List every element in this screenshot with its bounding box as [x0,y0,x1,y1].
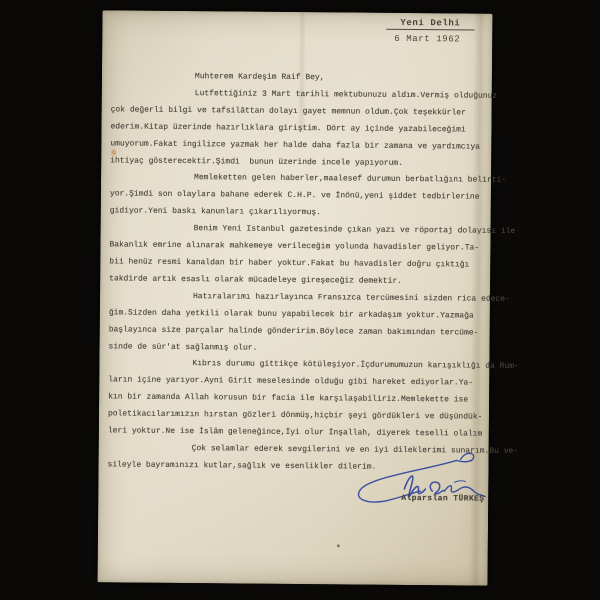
letter-paper: Yeni Delhi 6 Mart 1962 Muhterem Kardeşim… [98,10,493,585]
letter-body: Muhterem Kardeşim Raif Bey,Lutfettiğiniz… [107,68,486,477]
signature-stroke [454,481,465,483]
signature-stroke [430,482,443,494]
paper-stain [337,544,340,547]
letter-line: takdirde artık esaslı olarak mücadeleye … [109,271,484,291]
letter-line: leri yoktur.Ne ise İslâm geleneğince,İyi… [108,423,483,443]
letter-header: Yeni Delhi 6 Mart 1962 [386,18,474,45]
letter-place: Yeni Delhi [386,18,474,31]
typed-signature-name: Alparslan TÜRKEŞ [401,494,484,504]
letter-line: gidiyor.Yeni baskı kanunları çıkarılıyor… [110,204,485,224]
letter-date: 6 Mart 1962 [386,34,474,45]
photo-background: Yeni Delhi 6 Mart 1962 Muhterem Kardeşim… [0,0,600,600]
signature-stroke [457,453,474,462]
